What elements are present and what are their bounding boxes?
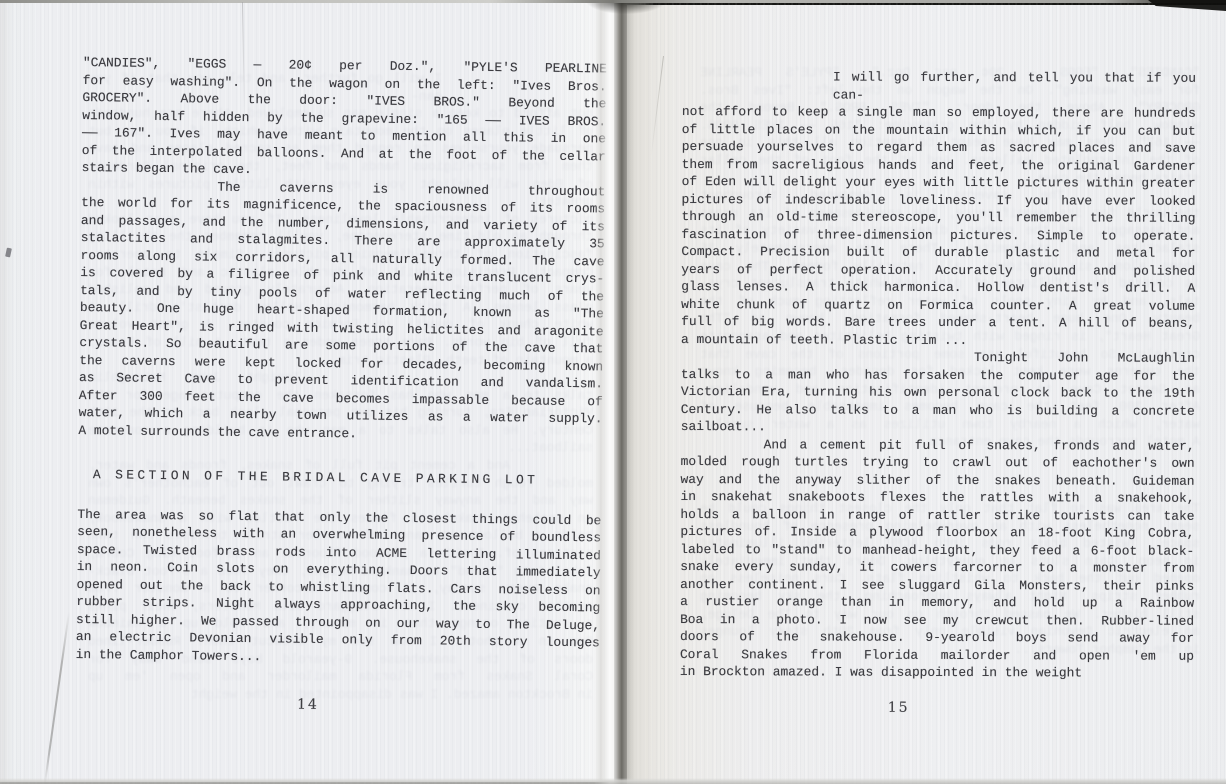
text-line: way and the anyway slither of the snakes… — [681, 470, 1195, 489]
text-line: doors of the snakehouse. 9-yearold boys … — [680, 628, 1194, 647]
text-line: a mountain of teeth. Plastic trim ... — [681, 330, 1195, 349]
scanned-book-spread: I will go further, and tell you that if … — [0, 0, 1226, 784]
text-line: of Eden will delight your eyes with litt… — [682, 173, 1196, 192]
section-heading: A SECTION OF THE BRIDAL CAVE PARKING LOT — [78, 466, 602, 490]
left-page-text: "CANDIES", "EGGS — 20¢ per Doz.", "PYLE'… — [76, 54, 607, 669]
text-line: years of perfect operation. Accurately g… — [681, 260, 1195, 279]
text-line: pictures of indescribable loveliness. If… — [682, 190, 1196, 209]
text-line: sailboat... — [681, 418, 1195, 437]
text-line: talks to a man who has forsaken the comp… — [681, 365, 1195, 384]
text-line: Boa in a photo. I now see my crewcut the… — [680, 610, 1194, 629]
scan-bottom-edge — [0, 778, 1226, 784]
paragraph-block: The area was so flat that only the close… — [76, 505, 602, 669]
text-line: white chunk of quartz on Formica counter… — [681, 295, 1195, 314]
text-line: through an old-time stereoscope, you'll … — [681, 208, 1195, 227]
text-line: labeled to "stand" to manhead-height, th… — [680, 540, 1194, 559]
text-line: Compact. Precision built of durable plas… — [681, 243, 1195, 262]
text-line: Tonight John McLaughlin — [681, 348, 1195, 367]
text-line: in snakehat snakeboots flexes the rattle… — [680, 488, 1194, 507]
page-number: 14 — [297, 697, 319, 715]
text-line: full of big words. Bare trees under a te… — [681, 313, 1195, 332]
text-line: Coral Snakes from Florida mailorder and … — [680, 645, 1194, 664]
right-page-text: I will go further, and tell you that if … — [680, 68, 1196, 682]
text-line: a rustier orange than in memory, and hol… — [680, 593, 1194, 612]
text-line: Victorian Era, turning his own personal … — [681, 383, 1195, 402]
text-line: another continent. I see sluggard Gila M… — [680, 575, 1194, 594]
text-line: holds a balloon in range of rattler stri… — [680, 505, 1194, 524]
text-line: I will go further, and tell you that if … — [682, 68, 1196, 105]
text-line: Century. He also talks to a man who is b… — [681, 400, 1195, 419]
text-line: pictures of. Inside a plywood floorbox a… — [680, 523, 1194, 542]
text-line: them from sacreligious hands and feet, t… — [682, 155, 1196, 174]
text-line: fascination of three-dimension pictures.… — [681, 225, 1195, 244]
page-number: 15 — [888, 700, 910, 718]
paragraph-block: I will go further, and tell you that if … — [680, 68, 1196, 682]
text-line: not afford to keep a single man so emplo… — [682, 103, 1196, 122]
book-gutter — [594, 0, 654, 784]
text-line: And a cement pit full of snakes, fronds … — [681, 435, 1195, 454]
paragraph-block: "CANDIES", "EGGS — 20¢ per Doz.", "PYLE'… — [78, 54, 607, 445]
text-line: snake every sunday, it cowers farcorner … — [680, 558, 1194, 577]
text-line: persuade yourselves to regard them as sa… — [682, 138, 1196, 157]
text-line: molded rough turtles trying to crawl out… — [681, 453, 1195, 472]
text-line: glass lenses. A thick harmonica. Hollow … — [681, 278, 1195, 297]
text-line: in Brockton amazed. I was disappointed i… — [680, 663, 1194, 682]
scan-top-edge — [0, 0, 1226, 3]
text-line: of little places on the mountain within … — [682, 120, 1196, 139]
